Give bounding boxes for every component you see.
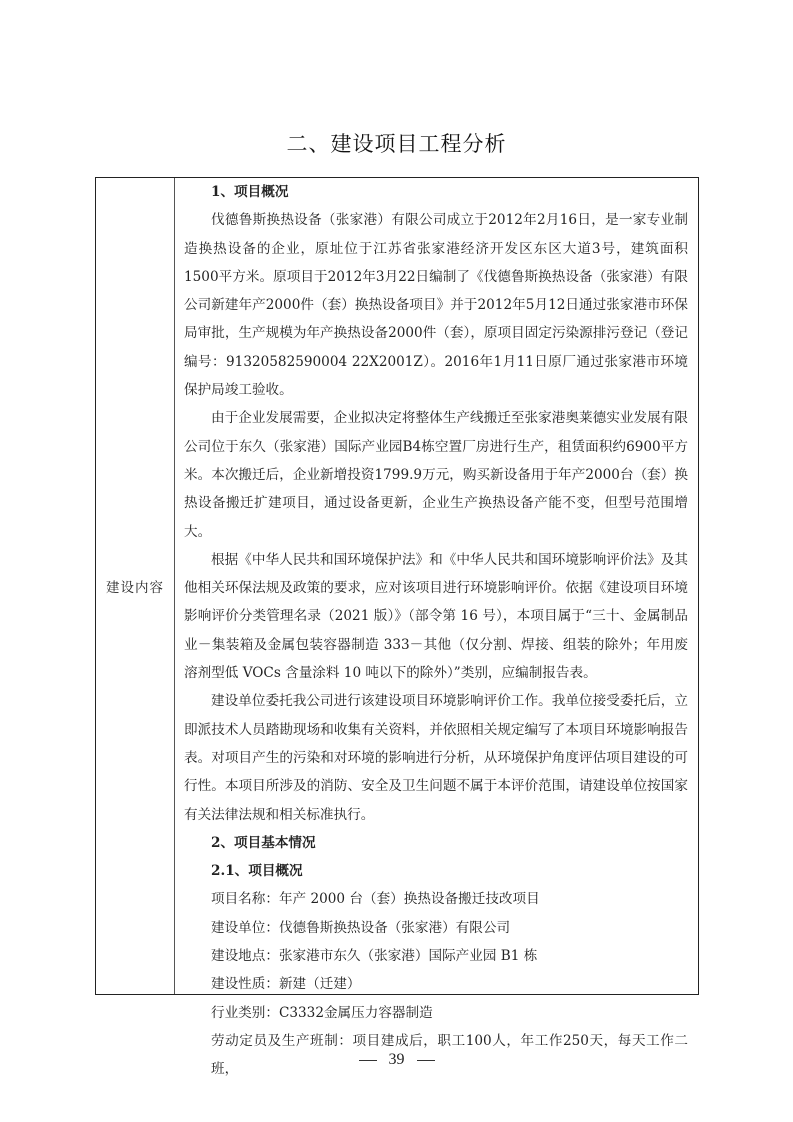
- subsection-heading-overview: 2.1、项目概况: [184, 857, 688, 885]
- content-cell: 1、项目概况 伐德鲁斯换热设备（张家港）有限公司成立于2012年2月16日，是一…: [175, 178, 698, 994]
- page-footer: 39: [0, 1051, 793, 1069]
- footer-dash-left: [359, 1060, 377, 1061]
- paragraph-company-intro: 伐德鲁斯换热设备（张家港）有限公司成立于2012年2月16日，是一家专业制造换热…: [184, 206, 688, 404]
- paragraph-commission: 建设单位委托我公司进行该建设项目环境影响评价工作。我单位接受委托后，立即派技术人…: [184, 687, 688, 828]
- field-construction-unit: 建设单位：伐德鲁斯换热设备（张家港）有限公司: [184, 914, 688, 942]
- paragraph-legal-basis: 根据《中华人民共和国环境保护法》和《中华人民共和国环境影响评价法》及其他相关环保…: [184, 546, 688, 687]
- section-heading-overview: 1、项目概况: [184, 178, 688, 206]
- page-title: 二、建设项目工程分析: [0, 128, 793, 158]
- footer-dash-right: [417, 1060, 435, 1061]
- row-label-cell: 建设内容: [96, 178, 175, 994]
- page-number: 39: [389, 1051, 405, 1068]
- field-project-name: 项目名称：年产 2000 台（套）换热设备搬迁技改项目: [184, 885, 688, 913]
- section-heading-basic-info: 2、项目基本情况: [184, 829, 688, 857]
- field-construction-site: 建设地点：张家港市东久（张家港）国际产业园 B1 栋: [184, 942, 688, 970]
- construction-content-table: 建设内容 1、项目概况 伐德鲁斯换热设备（张家港）有限公司成立于2012年2月1…: [95, 177, 699, 995]
- field-industry-category: 行业类别：C3332金属压力容器制造: [184, 999, 688, 1027]
- row-label: 建设内容: [106, 576, 164, 596]
- paragraph-relocation: 由于企业发展需要，企业拟决定将整体生产线搬迁至张家港奥莱德实业发展有限公司位于东…: [184, 404, 688, 545]
- field-construction-nature: 建设性质：新建（迁建）: [184, 970, 688, 998]
